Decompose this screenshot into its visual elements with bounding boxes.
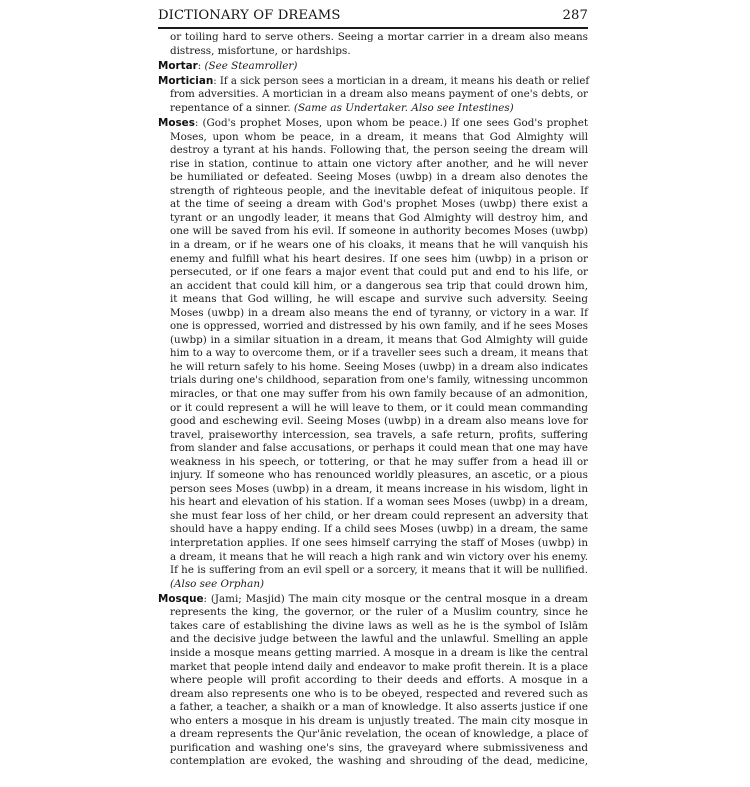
- headword: Mortar: [158, 60, 198, 72]
- text-line: one is oppressed, worried and distressed…: [158, 320, 588, 334]
- entry-last-line: repentance of a sinner. (Same as Underta…: [158, 102, 588, 116]
- text-line: his heart and elevation of his station. …: [158, 496, 588, 510]
- text-line: trials during one's childhood, separatio…: [158, 374, 588, 388]
- entry-first-line: Mortar: (See Steamroller): [158, 60, 588, 74]
- text-line: it means that God willing, he will escap…: [158, 293, 588, 307]
- text-line: person sees Moses (uwbp) in a dream, it …: [158, 483, 588, 497]
- definition-text: : (God's prophet Moses, upon whom be pea…: [195, 117, 588, 129]
- definition-text: : If a sick person sees a mortician in a…: [213, 76, 589, 87]
- text-line: persecuted, or if one fears a major even…: [158, 266, 588, 280]
- page-number: 287: [563, 6, 588, 25]
- text-line: a dream represents the Qur'ānic revelati…: [158, 728, 588, 742]
- text-line: good and eschewing evil. Seeing Moses (u…: [158, 415, 588, 429]
- cross-reference: (See Steamroller): [205, 60, 298, 72]
- entry-mortar: Mortar: (See Steamroller): [158, 60, 588, 74]
- text-line: in a dream, or if he wears one of his cl…: [158, 239, 588, 253]
- text-line: and the decisive judge between the lawfu…: [158, 633, 588, 647]
- text-line: who enters a mosque in his dream is unju…: [158, 715, 588, 729]
- text-line: an accident that could kill him, or a da…: [158, 280, 588, 294]
- text-line: from adversities. A mortician in a dream…: [158, 88, 588, 102]
- header-rule: [158, 27, 588, 29]
- text-line: should have a happy ending. If a child s…: [158, 523, 588, 537]
- text-line: (uwbp) in a similar situation in a dream…: [158, 334, 588, 348]
- text-line: enemy and fulfill what his heart desires…: [158, 253, 588, 267]
- entry-first-line: Mosque: (Jami; Masjid) The main city mos…: [158, 593, 588, 607]
- entry-continuation: or toiling hard to serve others. Seeing …: [158, 31, 588, 58]
- cross-reference: (Same as Undertaker. Also see Intestines…: [294, 102, 514, 114]
- text-line: takes care of establishing the divine la…: [158, 620, 588, 634]
- running-head: DICTIONARY OF DREAMS 287: [158, 6, 588, 25]
- entry-mosque: Mosque: (Jami; Masjid) The main city mos…: [158, 593, 588, 769]
- entry-first-line: Mortician: If a sick person sees a morti…: [158, 75, 588, 89]
- text-line: be humiliated or defeated. Seeing Moses …: [158, 171, 588, 185]
- text-line: he will return safely to his home. Seein…: [158, 361, 588, 375]
- text-line: inside a mosque means getting married. A…: [158, 647, 588, 661]
- dictionary-page: DICTIONARY OF DREAMS 287 or toiling hard…: [158, 6, 588, 771]
- entry-mortician: Mortician: If a sick person sees a morti…: [158, 75, 588, 116]
- text-line: Moses, upon whom be peace, in a dream, i…: [158, 131, 588, 145]
- text-line: contemplation are evoked, the washing an…: [158, 755, 588, 769]
- definition-text: : (Jami; Masjid) The main city mosque or…: [204, 593, 588, 605]
- text-line: represents the king, the governor, or th…: [158, 606, 588, 620]
- text-line: Moses (uwbp) in a dream also means the e…: [158, 307, 588, 321]
- text-line: dream also represents one who is to be o…: [158, 688, 588, 702]
- text-line: distress, misfortune, or hardships.: [158, 45, 588, 59]
- definition-text: repentance of a sinner.: [170, 102, 291, 114]
- text-line: market that people intend daily and ende…: [158, 661, 588, 675]
- text-line: If he is suffering from an evil spell or…: [158, 564, 588, 578]
- headword-colon: :: [198, 60, 202, 72]
- text-line: she must fear loss of her child, or her …: [158, 510, 588, 524]
- cross-reference: (Also see Orphan): [170, 578, 264, 590]
- text-line: a father, a teacher, a shaikh or a man o…: [158, 701, 588, 715]
- text-line: at the time of seeing a dream with God's…: [158, 198, 588, 212]
- text-line: interpretation applies. If one sees hims…: [158, 537, 588, 551]
- text-line: from slander and false accusations, or p…: [158, 442, 588, 456]
- text-line: weakness in his speech, or tottering, or…: [158, 456, 588, 470]
- page-body: or toiling hard to serve others. Seeing …: [158, 31, 588, 769]
- book-title: DICTIONARY OF DREAMS: [158, 6, 341, 25]
- text-line: where people will profit according to th…: [158, 674, 588, 688]
- headword: Moses: [158, 117, 195, 129]
- text-line: tyrant or an ungodly leader, it means th…: [158, 212, 588, 226]
- headword: Mortician: [158, 75, 213, 87]
- text-line: or it could represent a will he will lea…: [158, 402, 588, 416]
- text-line: injury. If someone who has renounced wor…: [158, 469, 588, 483]
- entry-last-line: (Also see Orphan): [158, 578, 588, 592]
- text-line: him to a way to overcome them, or if a t…: [158, 347, 588, 361]
- entry-first-line: Moses: (God's prophet Moses, upon whom b…: [158, 117, 588, 131]
- text-line: purification and washing one's sins, the…: [158, 742, 588, 756]
- text-line: rise in station, continue to attain one …: [158, 158, 588, 172]
- text-line: destroy a tyrant at his hands. Following…: [158, 144, 588, 158]
- entry-moses: Moses: (God's prophet Moses, upon whom b…: [158, 117, 588, 591]
- text-line: one will be saved from his evil. If some…: [158, 225, 588, 239]
- text-line: miracles, or that one may suffer from hi…: [158, 388, 588, 402]
- text-line: a dream, it means that he will reach a h…: [158, 551, 588, 565]
- headword: Mosque: [158, 593, 204, 605]
- text-line: travel, praiseworthy intercession, sea t…: [158, 429, 588, 443]
- text-line: strength of righteous people, and the in…: [158, 185, 588, 199]
- text-line: or toiling hard to serve others. Seeing …: [158, 31, 588, 45]
